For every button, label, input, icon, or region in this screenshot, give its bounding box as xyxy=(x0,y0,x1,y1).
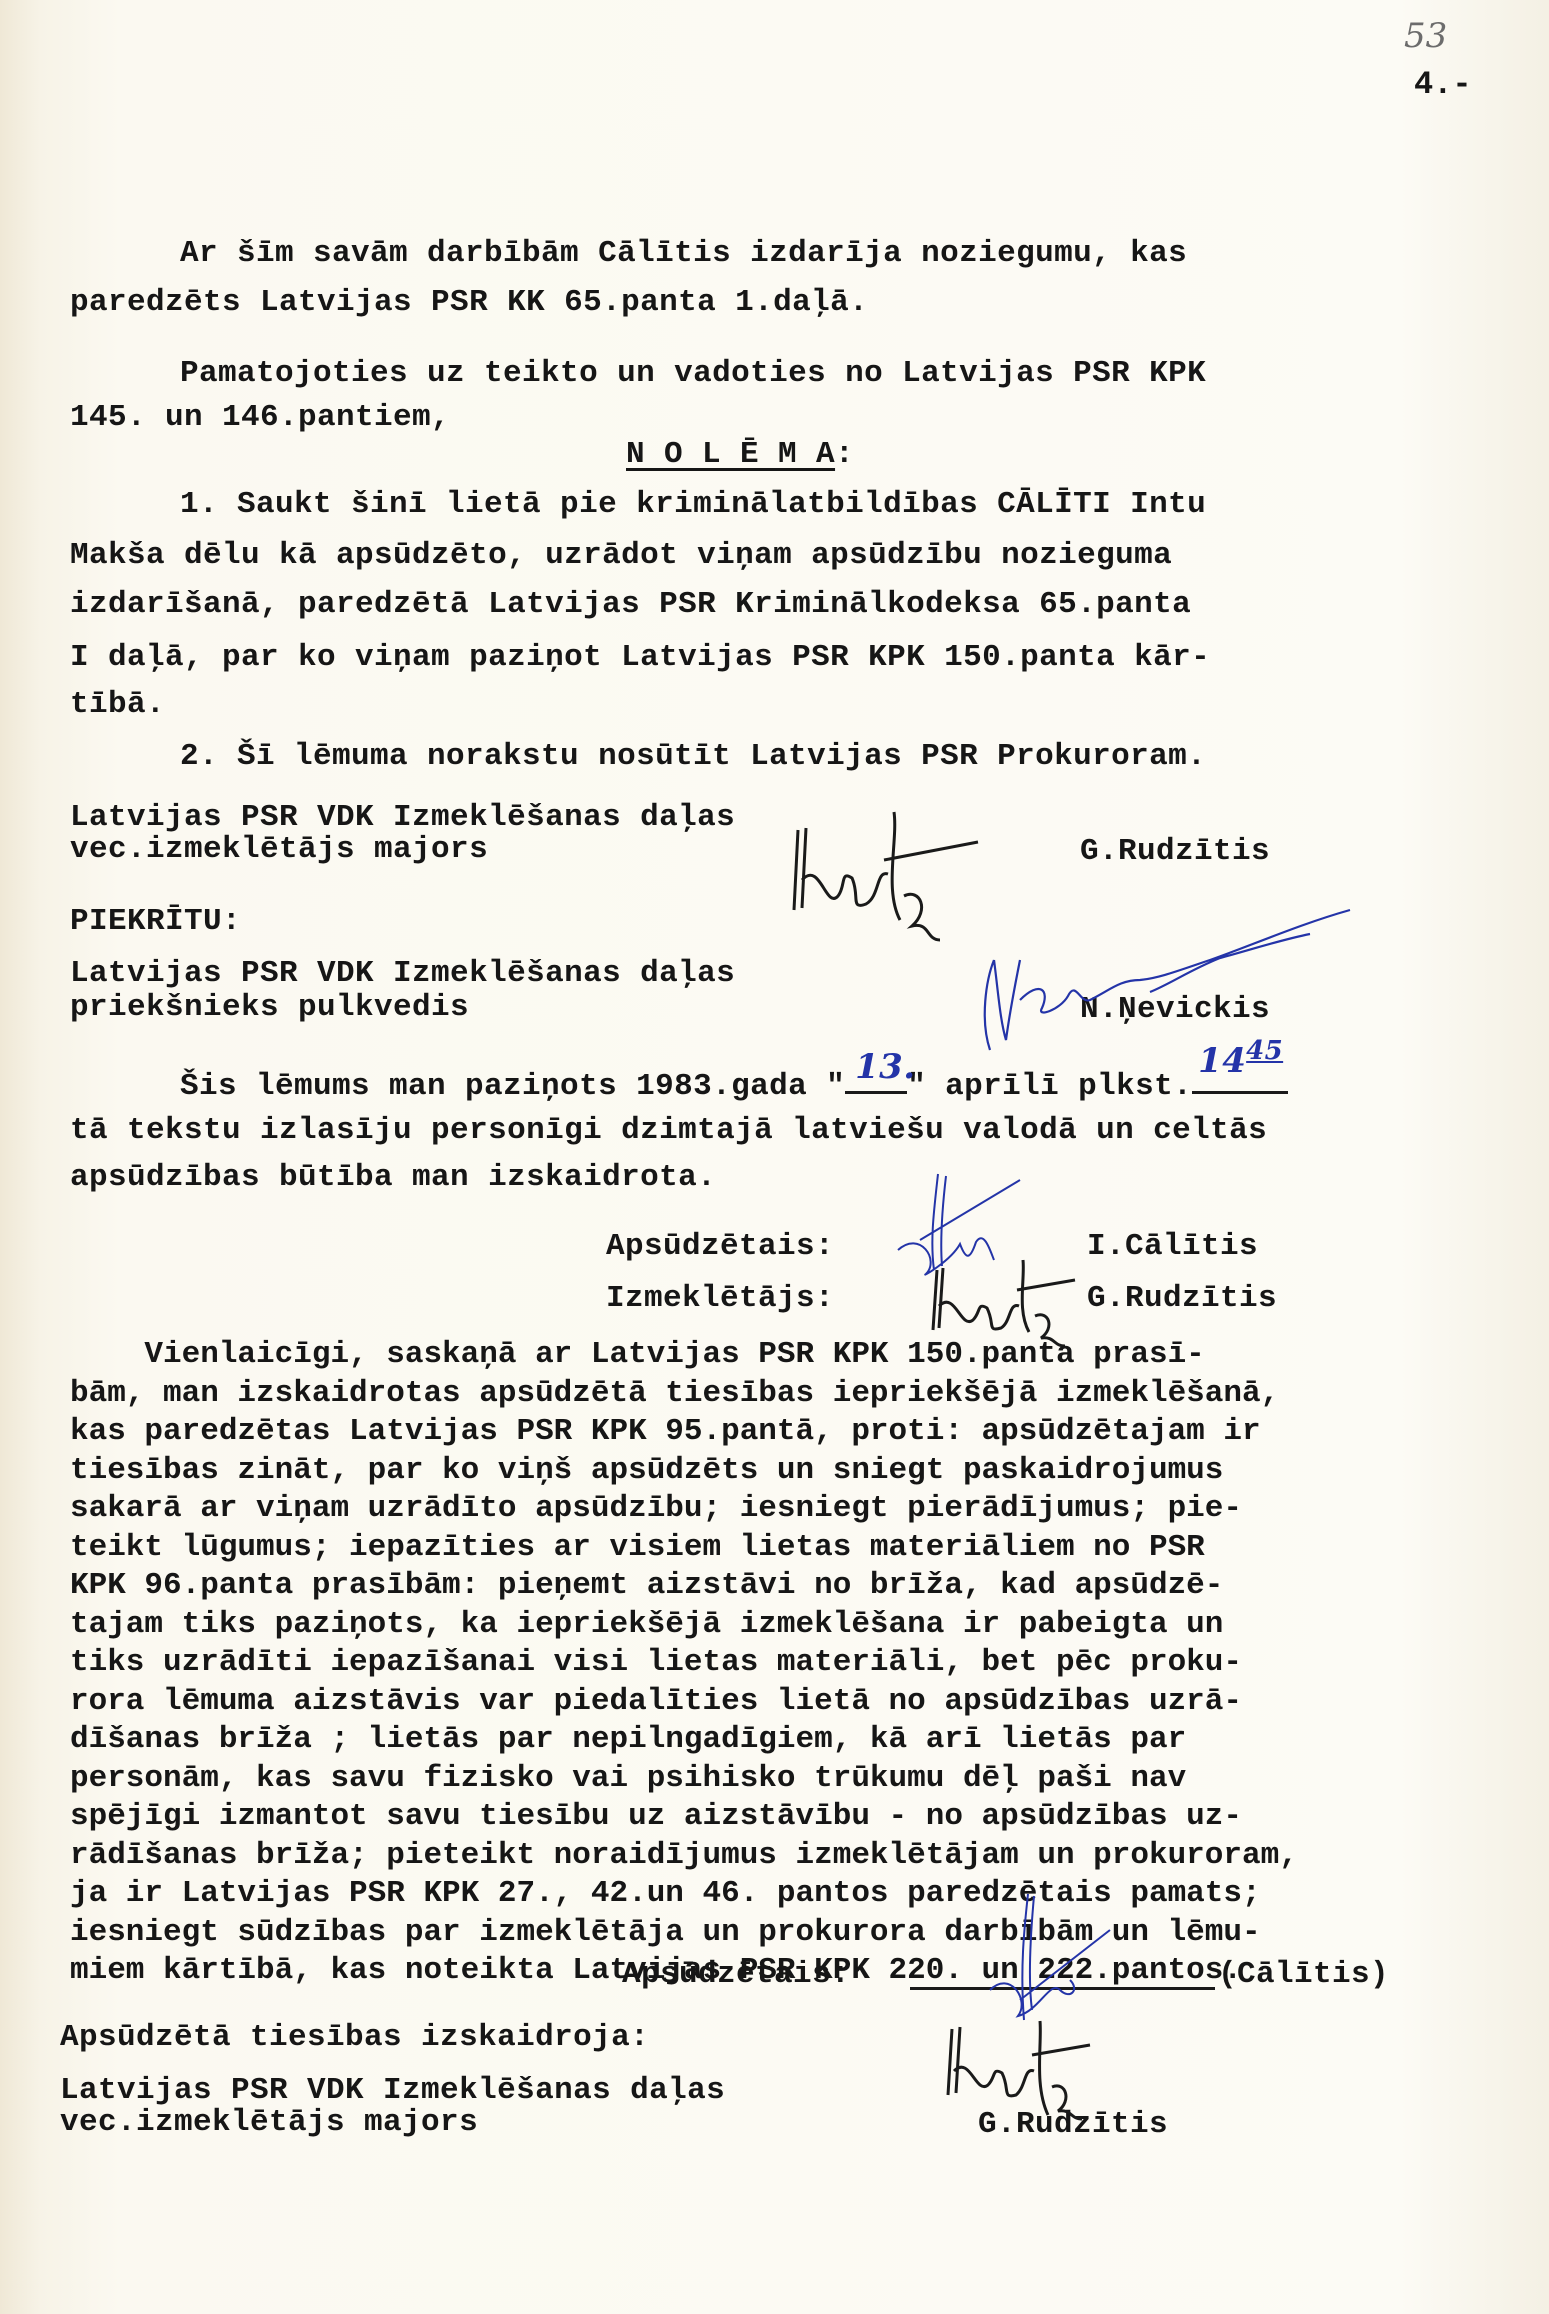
investigator-name: G.Rudzītis xyxy=(1080,834,1270,870)
paragraph-1-line-2: paredzēts Latvijas PSR KK 65.panta 1.daļ… xyxy=(70,285,868,321)
explainer-signature-icon xyxy=(940,2015,1100,2125)
decision-heading-colon: : xyxy=(835,437,854,472)
accused-signature-2-icon xyxy=(950,1890,1130,2030)
time-hours: 14 xyxy=(1198,1043,1246,1079)
notification-text-a: Šis lēmums man paziņots 1983.gada " xyxy=(180,1069,845,1104)
rights-line: teikt lūgumus; iepazīties ar visiem liet… xyxy=(70,1529,1510,1568)
chief-signature-icon xyxy=(950,900,1370,1060)
rights-line: spējīgi izmantot savu tiesību uz aizstāv… xyxy=(70,1798,1510,1837)
rights-line: sakarā ar viņam uzrādīto apsūdzību; iesn… xyxy=(70,1490,1510,1529)
explainer-title-line-2: vec.izmeklētājs majors xyxy=(60,2107,478,2139)
accused-name: I.Cālītis xyxy=(1087,1229,1258,1265)
rights-line: ja ir Latvijas PSR KPK 27., 42.un 46. pa… xyxy=(70,1875,1510,1914)
investigator-title-line-2: vec.izmeklētājs majors xyxy=(70,834,488,866)
paragraph-2-line-2: 145. un 146.pantiem, xyxy=(70,400,450,436)
notification-line-1: Šis lēmums man paziņots 1983.gada "13." … xyxy=(180,1061,1288,1105)
page-number: 4.- xyxy=(1414,66,1472,103)
item-1-line-2: Makša dēlu kā apsūdzēto, uzrādot viņam a… xyxy=(70,538,1172,574)
time-minutes: 45 xyxy=(1246,1033,1283,1069)
time-field: 1445 xyxy=(1192,1061,1288,1094)
rights-line: tiks uzrādīti iepazīšanai visi lietas ma… xyxy=(70,1644,1510,1683)
rights-line: personām, kas savu fizisko vai psihisko … xyxy=(70,1760,1510,1799)
day-value: 13. xyxy=(855,1049,915,1085)
notification-line-3: apsūdzības būtība man izskaidrota. xyxy=(70,1160,716,1196)
chief-title-line-1: Latvijas PSR VDK Izmeklēšanas daļas xyxy=(70,958,735,990)
item-1-line-3: izdarīšanā, paredzētā Latvijas PSR Krimi… xyxy=(70,587,1191,623)
day-field: 13. xyxy=(845,1061,907,1094)
rights-line: kas paredzētas Latvijas PSR KPK 95.pantā… xyxy=(70,1413,1510,1452)
item-1-line-1: 1. Saukt šinī lietā pie kriminālatbildīb… xyxy=(180,487,1206,523)
explained-by-label: Apsūdzētā tiesības izskaidroja: xyxy=(60,2020,649,2056)
chief-title-line-2: priekšnieks pulkvedis xyxy=(70,992,469,1024)
rights-line: tajam tiks paziņots, ka iepriekšējā izme… xyxy=(70,1606,1510,1645)
rights-line: rora lēmuma aizstāvis var piedalīties li… xyxy=(70,1683,1510,1722)
rights-line: bām, man izskaidrotas apsūdzētā tiesības… xyxy=(70,1375,1510,1414)
accused-label-2: Apsūdzētais: xyxy=(622,1957,850,1993)
paragraph-1-line-1: Ar šīm savām darbībām Cālītis izdarīja n… xyxy=(180,236,1187,272)
item-1-line-5: tībā. xyxy=(70,687,165,723)
rights-line: tiesības zināt, par ko viņš apsūdzēts un… xyxy=(70,1452,1510,1491)
item-2: 2. Šī lēmuma norakstu nosūtīt Latvijas P… xyxy=(180,739,1206,775)
explainer-title-line-1: Latvijas PSR VDK Izmeklēšanas daļas xyxy=(60,2075,725,2107)
rights-line: Vienlaicīgi, saskaņā ar Latvijas PSR KPK… xyxy=(70,1336,1510,1375)
rights-lines: Vienlaicīgi, saskaņā ar Latvijas PSR KPK… xyxy=(70,1336,1510,1991)
agree-label: PIEKRĪTU: xyxy=(70,904,241,940)
accused-label: Apsūdzētais: xyxy=(606,1229,834,1265)
notification-text-b: " aprīlī plkst. xyxy=(907,1069,1192,1104)
rights-line: rādīšanas brīža; pieteikt noraidījumus i… xyxy=(70,1837,1510,1876)
notification-line-2: tā tekstu izlasīju personīgi dzimtajā la… xyxy=(70,1113,1267,1149)
archive-sheet-number: 53 xyxy=(1404,16,1447,56)
decision-heading-text: N O L Ē M A xyxy=(626,437,835,472)
paragraph-2-line-1: Pamatojoties uz teikto un vadoties no La… xyxy=(180,356,1206,392)
rights-line: dīšanas brīža ; lietās par nepilngadīgie… xyxy=(70,1721,1510,1760)
investigator-label: Izmeklētājs: xyxy=(606,1281,834,1317)
rights-line: KPK 96.panta prasībām: pieņemt aizstāvi … xyxy=(70,1567,1510,1606)
rights-line: iesniegt sūdzības par izmeklētāja un pro… xyxy=(70,1914,1510,1953)
decision-heading: N O L Ē M A: xyxy=(626,437,854,473)
accused-name-2: (Cālītis) xyxy=(1218,1957,1389,1993)
item-1-line-4: I daļā, par ko viņam paziņot Latvijas PS… xyxy=(70,640,1210,676)
investigator-name-2: G.Rudzītis xyxy=(1087,1281,1277,1317)
investigator-title-line-1: Latvijas PSR VDK Izmeklēšanas daļas xyxy=(70,802,735,834)
investigator-signature-2-icon xyxy=(925,1250,1095,1340)
